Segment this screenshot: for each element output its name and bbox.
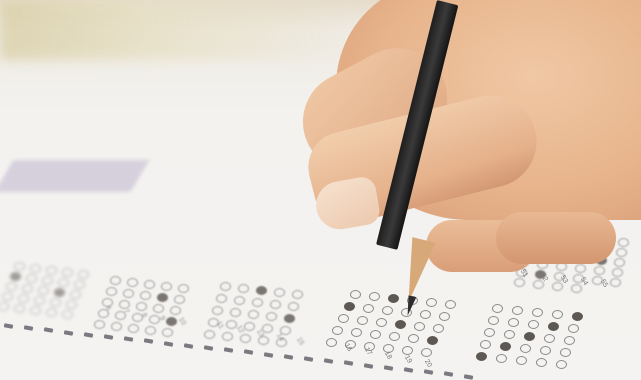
answer-bubble (6, 282, 17, 291)
answer-bubble (514, 278, 525, 287)
ring-finger (496, 212, 616, 264)
answer-bubble (230, 308, 241, 317)
answer-bubble (532, 308, 543, 317)
answer-bubble (157, 293, 168, 302)
answer-bubble (178, 284, 189, 293)
answer-bubble (110, 276, 121, 285)
answer-bubble (66, 300, 77, 309)
answer-bubble (610, 278, 621, 287)
answer-bubble (288, 302, 299, 311)
answer-bubble (234, 296, 245, 305)
answer-bubble (426, 298, 437, 307)
answer-bubble (74, 280, 85, 289)
timing-mark (324, 358, 334, 364)
answer-bubble (34, 296, 45, 305)
timing-mark (184, 343, 194, 349)
timing-mark (164, 341, 174, 347)
answer-bubble (46, 308, 57, 317)
answer-bubble (0, 302, 9, 311)
answer-bubble (363, 304, 374, 313)
timing-mark (284, 354, 294, 360)
answer-bubble (119, 300, 130, 309)
answer-bubble (492, 304, 503, 313)
answer-bubble (136, 302, 147, 311)
answer-bubble (50, 298, 61, 307)
answer-bubble (512, 306, 523, 315)
answer-bubble (123, 289, 134, 298)
answer-bubble (58, 278, 69, 287)
answer-bubble (270, 300, 281, 309)
timing-mark (404, 367, 414, 373)
answer-bubble (174, 295, 185, 304)
answer-bubble (445, 300, 456, 309)
answer-bubble (256, 286, 267, 295)
question-number: 55 (599, 278, 609, 288)
answer-bubble (127, 278, 138, 287)
answer-bubble (382, 306, 393, 315)
timing-mark (144, 339, 154, 345)
answer-bubble (220, 282, 231, 291)
timing-mark (44, 328, 54, 334)
answer-bubble (46, 266, 57, 275)
answer-bubble (153, 304, 164, 313)
timing-mark (464, 374, 474, 380)
timing-mark (444, 372, 454, 378)
timing-mark (244, 350, 254, 356)
answer-bubble (14, 262, 25, 271)
answer-bubble (170, 306, 181, 315)
timing-mark (124, 336, 134, 342)
answer-bubble (274, 288, 285, 297)
answer-bubble (38, 286, 49, 295)
answer-bubble (571, 284, 582, 293)
sheet-header-block (0, 160, 149, 192)
hand (296, 0, 641, 270)
timing-mark (84, 332, 94, 338)
answer-bubble (212, 306, 223, 315)
timing-mark (304, 356, 314, 362)
question-number: 7 (122, 308, 130, 315)
answer-bubble (140, 291, 151, 300)
timing-mark (224, 347, 234, 353)
answer-bubble (292, 290, 303, 299)
timing-mark (104, 334, 114, 340)
answer-bubble (14, 304, 25, 313)
answer-bubble (30, 264, 41, 273)
answer-bubble (161, 282, 172, 291)
answer-bubble (144, 280, 155, 289)
answer-bubble (70, 290, 81, 299)
answer-bubble (18, 294, 29, 303)
answer-bubble (22, 284, 33, 293)
timing-mark (424, 369, 434, 375)
timing-mark (24, 325, 34, 331)
answer-bubble (238, 284, 249, 293)
answer-bubble (344, 302, 355, 311)
timing-mark (264, 352, 274, 358)
answer-bubble (62, 268, 73, 277)
answer-bubble (30, 306, 41, 315)
timing-mark (384, 365, 394, 371)
answer-bubble (216, 294, 227, 303)
timing-mark (204, 345, 214, 351)
answer-bubble (10, 272, 21, 281)
answer-bubble (54, 288, 65, 297)
photo-scene: 6 7 8 9 10 11 12 13 14 15 16 17 18 19 20… (0, 0, 641, 380)
answer-bubble (369, 292, 380, 301)
answer-bubble (2, 292, 13, 301)
answer-bubble (78, 270, 89, 279)
timing-marks (0, 318, 640, 378)
answer-bubble (350, 290, 361, 299)
timing-mark (64, 330, 74, 336)
timing-mark (364, 363, 374, 369)
answer-bubble (42, 276, 53, 285)
timing-mark (344, 361, 354, 367)
answer-bubble (252, 298, 263, 307)
answer-bubble (26, 274, 37, 283)
timing-mark (4, 323, 14, 329)
answer-bubble (106, 287, 117, 296)
